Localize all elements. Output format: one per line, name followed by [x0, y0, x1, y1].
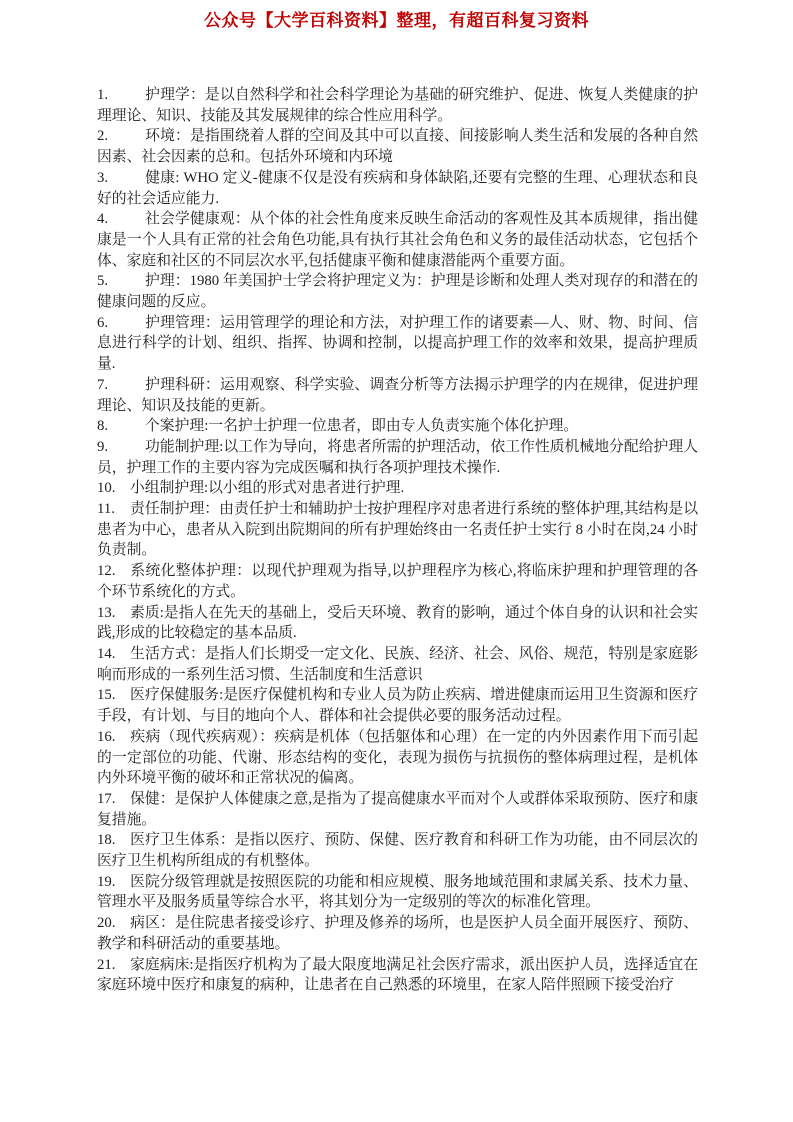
- item-text: 护理：1980 年美国护士学会将护理定义为：护理是诊断和处理人类对现存的和潜在的…: [97, 273, 698, 310]
- item-number: 17.: [97, 789, 130, 810]
- item-number: 19.: [97, 872, 130, 893]
- item-text: 素质:是指人在先天的基础上，受后天环境、教育的影响，通过个体自身的认识和社会实践…: [97, 605, 698, 642]
- item-text: 医疗保健服务:是医疗保健机构和专业人员为防止疾病、增进健康而运用卫生资源和医疗手…: [97, 687, 698, 724]
- item-text: 环境：是指围绕着人群的空间及其中可以直接、间接影响人类生活和发展的各种自然因素、…: [97, 128, 698, 165]
- item-number: 12.: [97, 561, 130, 582]
- item-text: 功能制护理:以工作为导向，将患者所需的护理活动，依工作性质机械地分配给护理人员，…: [97, 439, 698, 476]
- item-text: 个案护理:一名护士护理一位患者，即由专人负责实施个体化护理。: [145, 418, 578, 434]
- definition-item: 20.病区：是住院患者接受诊疗、护理及修养的场所，也是医护人员全面开展医疗、预防…: [97, 913, 698, 954]
- item-number: 6.: [97, 313, 145, 334]
- definition-item: 17.保健：是保护人体健康之意,是指为了提高健康水平而对个人或群体采取预防、医疗…: [97, 789, 698, 830]
- item-text: 医疗卫生体系：是指以医疗、预防、保健、医疗教育和科研工作为功能，由不同层次的医疗…: [97, 832, 698, 869]
- item-text: 小组制护理:以小组的形式对患者进行护理.: [130, 480, 404, 496]
- item-text: 责任制护理：由责任护士和辅助护士按护理程序对患者进行系统的整体护理,其结构是以患…: [97, 501, 698, 558]
- item-text: 护理管理：运用管理学的理论和方法，对护理工作的诸要素—人、财、物、时间、信息进行…: [97, 315, 698, 372]
- definition-item: 3.健康: WHO 定义-健康不仅是没有疾病和身体缺陷,还要有完整的生理、心理状…: [97, 168, 698, 209]
- item-text: 病区：是住院患者接受诊疗、护理及修养的场所，也是医护人员全面开展医疗、预防、教学…: [97, 915, 698, 952]
- item-text: 健康: WHO 定义-健康不仅是没有疾病和身体缺陷,还要有完整的生理、心理状态和…: [97, 170, 698, 207]
- definition-item: 10.小组制护理:以小组的形式对患者进行护理.: [97, 478, 698, 499]
- item-text: 疾病（现代疾病观）：疾病是机体（包括躯体和心理）在一定的内外因素作用下而引起的一…: [97, 729, 698, 786]
- item-number: 3.: [97, 168, 145, 189]
- definition-item: 15.医疗保健服务:是医疗保健机构和专业人员为防止疾病、增进健康而运用卫生资源和…: [97, 685, 698, 726]
- definition-item: 11.责任制护理：由责任护士和辅助护士按护理程序对患者进行系统的整体护理,其结构…: [97, 499, 698, 561]
- definition-item: 8.个案护理:一名护士护理一位患者，即由专人负责实施个体化护理。: [97, 416, 698, 437]
- item-number: 21.: [97, 955, 130, 976]
- item-text: 护理科研：运用观察、科学实验、调查分析等方法揭示护理学的内在规律，促进护理理论、…: [97, 377, 698, 414]
- item-text: 保健：是保护人体健康之意,是指为了提高健康水平而对个人或群体采取预防、医疗和康复…: [97, 791, 698, 828]
- definition-item: 21.家庭病床:是指医疗机构为了最大限度地满足社会医疗需求，派出医护人员，选择适…: [97, 955, 698, 996]
- definition-item: 13.素质:是指人在先天的基础上，受后天环境、教育的影响，通过个体自身的认识和社…: [97, 603, 698, 644]
- item-number: 2.: [97, 126, 145, 147]
- definition-item: 5.护理：1980 年美国护士学会将护理定义为：护理是诊断和处理人类对现存的和潜…: [97, 271, 698, 312]
- item-text: 护理学：是以自然科学和社会科学理论为基础的研究维护、促进、恢复人类健康的护理理论…: [97, 87, 698, 124]
- item-number: 4.: [97, 209, 145, 230]
- item-text: 家庭病床:是指医疗机构为了最大限度地满足社会医疗需求，派出医护人员，选择适宜在家…: [97, 957, 698, 994]
- page-title: 公众号【大学百科资料】整理，有超百科复习资料: [0, 6, 793, 31]
- item-number: 14.: [97, 644, 130, 665]
- definition-item: 16.疾病（现代疾病观）：疾病是机体（包括躯体和心理）在一定的内外因素作用下而引…: [97, 727, 698, 789]
- item-number: 1.: [97, 85, 145, 106]
- definition-item: 4.社会学健康观：从个体的社会性角度来反映生命活动的客观性及其本质规律，指出健康…: [97, 209, 698, 271]
- item-number: 5.: [97, 271, 145, 292]
- definition-item: 12.系统化整体护理：以现代护理观为指导,以护理程序为核心,将临床护理和护理管理…: [97, 561, 698, 602]
- item-number: 15.: [97, 685, 130, 706]
- item-number: 11.: [97, 499, 130, 520]
- definition-item: 7.护理科研：运用观察、科学实验、调查分析等方法揭示护理学的内在规律，促进护理理…: [97, 375, 698, 416]
- item-number: 10.: [97, 478, 130, 499]
- definition-item: 9.功能制护理:以工作为导向，将患者所需的护理活动，依工作性质机械地分配给护理人…: [97, 437, 698, 478]
- item-number: 9.: [97, 437, 145, 458]
- item-number: 13.: [97, 603, 130, 624]
- definitions-list: 1.护理学：是以自然科学和社会科学理论为基础的研究维护、促进、恢复人类健康的护理…: [97, 85, 698, 996]
- item-number: 16.: [97, 727, 130, 748]
- item-number: 7.: [97, 375, 145, 396]
- definition-item: 6.护理管理：运用管理学的理论和方法，对护理工作的诸要素—人、财、物、时间、信息…: [97, 313, 698, 375]
- item-text: 系统化整体护理：以现代护理观为指导,以护理程序为核心,将临床护理和护理管理的各个…: [97, 563, 698, 600]
- item-text: 生活方式：是指人们长期受一定文化、民族、经济、社会、风俗、规范，特别是家庭影响而…: [97, 646, 698, 683]
- item-text: 社会学健康观：从个体的社会性角度来反映生命活动的客观性及其本质规律，指出健康是一…: [97, 211, 698, 268]
- definition-item: 1.护理学：是以自然科学和社会科学理论为基础的研究维护、促进、恢复人类健康的护理…: [97, 85, 698, 126]
- item-number: 8.: [97, 416, 145, 437]
- definition-item: 18.医疗卫生体系：是指以医疗、预防、保健、医疗教育和科研工作为功能，由不同层次…: [97, 830, 698, 871]
- definition-item: 19.医院分级管理就是按照医院的功能和相应规模、服务地域范围和隶属关系、技术力量…: [97, 872, 698, 913]
- item-number: 18.: [97, 830, 130, 851]
- item-text: 医院分级管理就是按照医院的功能和相应规模、服务地域范围和隶属关系、技术力量、管理…: [97, 874, 698, 911]
- definition-item: 14.生活方式：是指人们长期受一定文化、民族、经济、社会、风俗、规范，特别是家庭…: [97, 644, 698, 685]
- definition-item: 2.环境：是指围绕着人群的空间及其中可以直接、间接影响人类生活和发展的各种自然因…: [97, 126, 698, 167]
- document-page: 公众号【大学百科资料】整理，有超百科复习资料 1.护理学：是以自然科学和社会科学…: [0, 0, 793, 1122]
- item-number: 20.: [97, 913, 130, 934]
